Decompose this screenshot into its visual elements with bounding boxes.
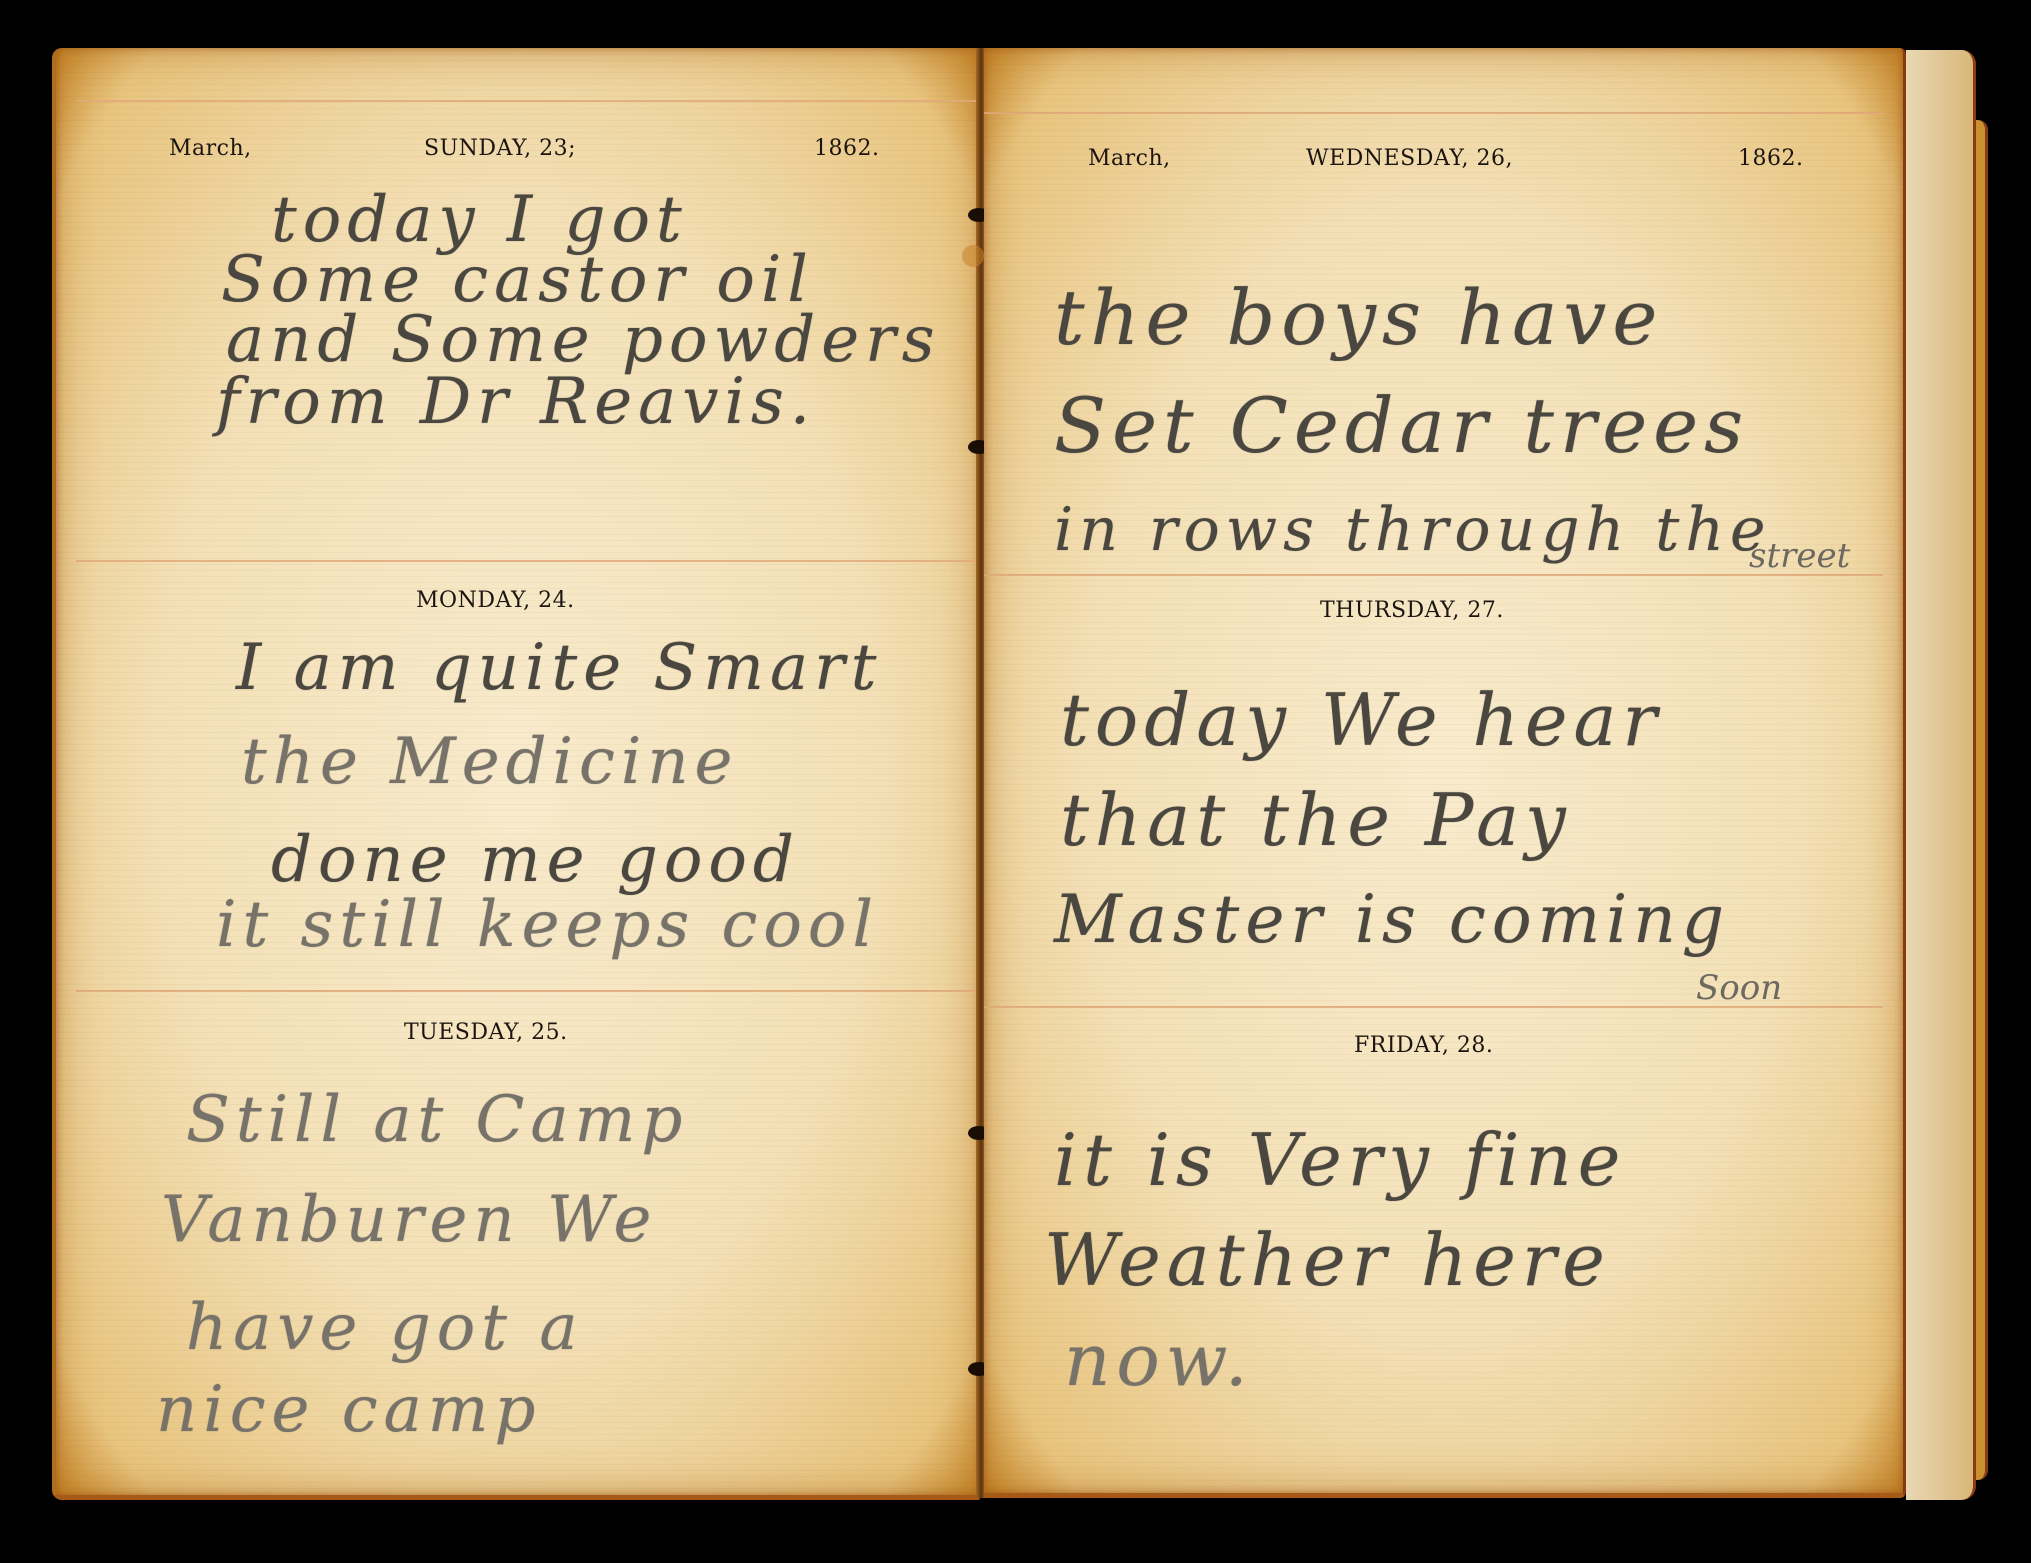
year-label: 1862. <box>1738 146 1803 171</box>
day-heading-sunday: SUNDAY, 23; <box>424 136 576 161</box>
handwritten-line: have got a <box>186 1286 583 1370</box>
handwritten-line: it still keeps cool <box>216 883 879 967</box>
next-page-edge <box>1906 50 1976 1500</box>
right-diary-page: March, WEDNESDAY, 26, 1862. the boys hav… <box>984 48 1906 1498</box>
entry-divider <box>76 560 980 562</box>
day-heading-friday: FRIDAY, 28. <box>1354 1033 1493 1058</box>
month-label: March, <box>1088 146 1171 171</box>
handwritten-line: Master is coming <box>1054 878 1730 962</box>
left-diary-page: March, SUNDAY, 23; 1862. today I got Som… <box>52 48 980 1500</box>
day-heading-wednesday: WEDNESDAY, 26, <box>1306 146 1513 171</box>
year-label: 1862. <box>814 136 879 161</box>
handwritten-line: Weather here <box>1044 1218 1611 1302</box>
handwritten-annotation: Soon <box>1696 968 1782 1008</box>
handwritten-line: now. <box>1064 1318 1254 1402</box>
handwritten-line: nice camp <box>156 1368 541 1452</box>
paper-stain <box>962 245 984 267</box>
handwritten-line: it is Very fine <box>1054 1118 1626 1202</box>
day-heading-monday: MONDAY, 24. <box>416 588 575 613</box>
day-heading-tuesday: TUESDAY, 25. <box>404 1020 568 1045</box>
handwritten-line: in rows through the <box>1054 488 1772 572</box>
day-heading-thursday: THURSDAY, 27. <box>1320 598 1504 623</box>
entry-divider <box>76 990 980 992</box>
handwritten-line: I am quite Smart <box>236 626 882 710</box>
handwritten-line: the boys have <box>1054 276 1663 360</box>
handwritten-line: Set Cedar trees <box>1054 384 1749 468</box>
handwritten-line: the Medicine <box>241 720 738 804</box>
month-label: March, <box>169 136 252 161</box>
header-rule <box>76 100 980 102</box>
header-rule <box>984 112 1883 114</box>
handwritten-line: from Dr Reavis. <box>216 360 816 444</box>
handwritten-annotation: street <box>1749 536 1850 576</box>
handwritten-line: Still at Camp <box>186 1078 688 1162</box>
handwritten-line: today We hear <box>1060 678 1663 762</box>
handwritten-line: Vanburen We <box>161 1178 657 1262</box>
handwritten-line: that the Pay <box>1060 778 1572 862</box>
